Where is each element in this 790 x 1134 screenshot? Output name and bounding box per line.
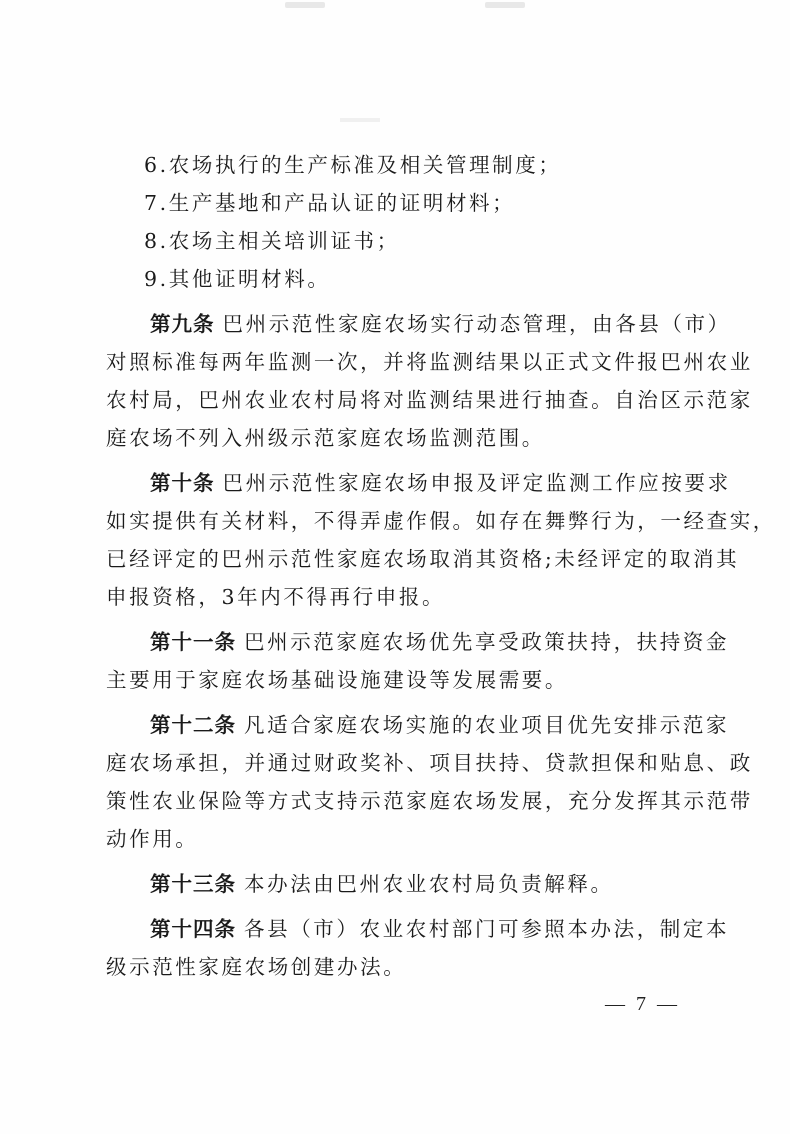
- article-text: 动作用。: [106, 820, 696, 858]
- article-text: 庭农场不列入州级示范家庭农场监测范围。: [106, 419, 696, 457]
- article-text: 已经评定的巴州示范性家庭农场取消其资格;未经评定的取消其: [106, 540, 696, 578]
- article-label: 第十二条: [150, 713, 236, 737]
- article-text: 农村局，巴州农业农村局将对监测结果进行抽查。自治区示范家: [106, 381, 696, 419]
- article-text: 主要用于家庭农场基础设施建设等发展需要。: [106, 661, 696, 699]
- page-number: — 7 —: [605, 993, 680, 1016]
- article-text: 对照标准每两年监测一次，并将监测结果以正式文件报巴州农业: [106, 343, 696, 381]
- article-text: 本办法由巴州农业农村局负责解释。: [244, 872, 614, 896]
- article-text: 凡适合家庭农场实施的农业项目优先安排示范家: [244, 713, 729, 737]
- article-text: 各县（市）农业农村部门可参照本办法，制定本: [244, 917, 729, 941]
- article-11: 第十一条巴州示范家庭农场优先享受政策扶持，扶持资金 主要用于家庭农场基础设施建设…: [106, 623, 696, 699]
- article-text: 巴州示范性家庭农场申报及评定监测工作应按要求: [223, 471, 731, 495]
- article-label: 第十条: [150, 471, 215, 495]
- article-12: 第十二条凡适合家庭农场实施的农业项目优先安排示范家 庭农场承担，并通过财政奖补、…: [106, 706, 696, 858]
- article-text: 巴州示范家庭农场优先享受政策扶持，扶持资金: [244, 630, 729, 654]
- document-page: 6.农场执行的生产标准及相关管理制度； 7.生产基地和产品认证的证明材料； 8.…: [0, 0, 790, 1134]
- list-item-7: 7.生产基地和产品认证的证明材料；: [106, 184, 696, 222]
- list-item-6: 6.农场执行的生产标准及相关管理制度；: [106, 146, 696, 184]
- article-13: 第十三条本办法由巴州农业农村局负责解释。: [106, 865, 696, 903]
- article-text: 巴州示范性家庭农场实行动态管理，由各县（市）: [223, 312, 731, 336]
- document-body: 6.农场执行的生产标准及相关管理制度； 7.生产基地和产品认证的证明材料； 8.…: [106, 146, 696, 986]
- article-label: 第十四条: [150, 917, 236, 941]
- list-item-9: 9.其他证明材料。: [106, 260, 696, 298]
- article-14: 第十四条各县（市）农业农村部门可参照本办法，制定本 级示范性家庭农场创建办法。: [106, 910, 696, 986]
- article-label: 第十三条: [150, 872, 236, 896]
- article-text: 级示范性家庭农场创建办法。: [106, 948, 696, 986]
- bleed-through-mark: [340, 118, 380, 122]
- bleed-through-marks: [285, 0, 525, 14]
- article-text: 策性农业保险等方式支持示范家庭农场发展，充分发挥其示范带: [106, 782, 696, 820]
- article-text: 如实提供有关材料，不得弄虚作假。如存在舞弊行为，一经查实，: [106, 502, 696, 540]
- article-text: 庭农场承担，并通过财政奖补、项目扶持、贷款担保和贴息、政: [106, 744, 696, 782]
- article-label: 第九条: [150, 312, 215, 336]
- list-item-8: 8.农场主相关培训证书；: [106, 222, 696, 260]
- article-label: 第十一条: [150, 630, 236, 654]
- article-10: 第十条巴州示范性家庭农场申报及评定监测工作应按要求 如实提供有关材料，不得弄虚作…: [106, 464, 696, 616]
- article-9: 第九条巴州示范性家庭农场实行动态管理，由各县（市） 对照标准每两年监测一次，并将…: [106, 305, 696, 457]
- article-text: 申报资格，3年内不得再行申报。: [106, 578, 696, 616]
